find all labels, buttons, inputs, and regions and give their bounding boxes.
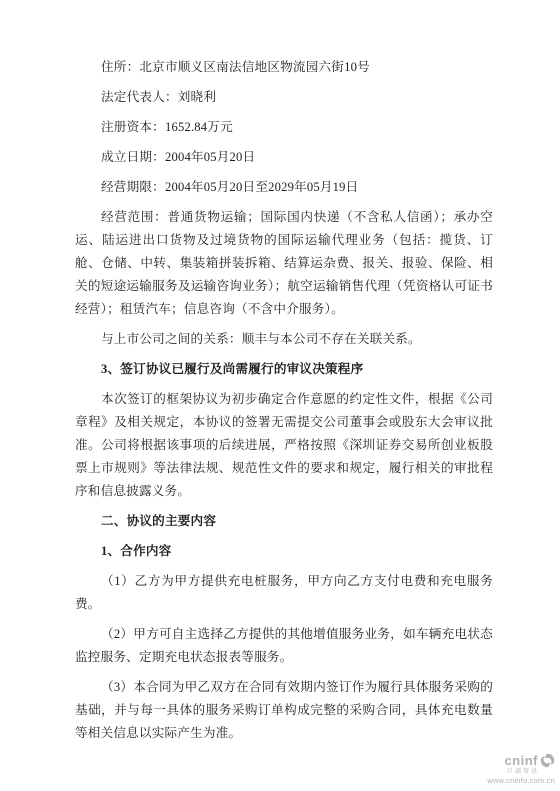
field-relationship-with-listed-company: 与上市公司之间的关系：顺丰与本公司不存在关联关系。 [75, 328, 493, 351]
para-cooperation-item-3: （3）本合同为甲乙双方在合同有效期内签订作为履行具体服务采购的基础，并与每一具体… [75, 676, 493, 745]
cninfo-logo-text: cninf [504, 754, 538, 768]
document-body: 住所：北京市顺义区南法信地区物流园六街10号 法定代表人：刘晓利 注册资本：16… [75, 56, 493, 752]
para-approval-procedures-body: 本次签订的框架协议为初步确定合作意愿的约定性文件，根据《公司章程》及相关规定，本… [75, 388, 493, 503]
cninfo-watermark: cninf 巨潮资讯 www.cninfo.com.cn [487, 753, 555, 785]
cninfo-swirl-icon [540, 753, 555, 768]
cninfo-url: www.cninfo.com.cn [487, 777, 555, 785]
heading-agreement-main-content: 二、协议的主要内容 [75, 510, 493, 533]
field-legal-representative: 法定代表人：刘晓利 [75, 86, 493, 109]
field-business-scope: 经营范围：普通货物运输；国际国内快递（不含私人信函）；承办空运、陆运进出口货物及… [75, 206, 493, 321]
para-cooperation-item-2: （2）甲方可自主选择乙方提供的其他增值服务业务，如车辆充电状态监控服务、定期充电… [75, 623, 493, 669]
field-establishment-date: 成立日期：2004年05月20日 [75, 146, 493, 169]
cninfo-logo: cninf [487, 753, 555, 768]
heading-cooperation-content: 1、合作内容 [75, 540, 493, 563]
heading-approval-procedures: 3、签订协议已履行及尚需履行的审议决策程序 [75, 358, 493, 381]
field-residence: 住所：北京市顺义区南法信地区物流园六街10号 [75, 56, 493, 79]
field-operating-period: 经营期限：2004年05月20日至2029年05月19日 [75, 176, 493, 199]
cninfo-chinese-name: 巨潮资讯 [487, 769, 539, 776]
field-registered-capital: 注册资本：1652.84万元 [75, 116, 493, 139]
para-cooperation-item-1: （1）乙方为甲方提供充电桩服务，甲方向乙方支付电费和充电服务费。 [75, 570, 493, 616]
